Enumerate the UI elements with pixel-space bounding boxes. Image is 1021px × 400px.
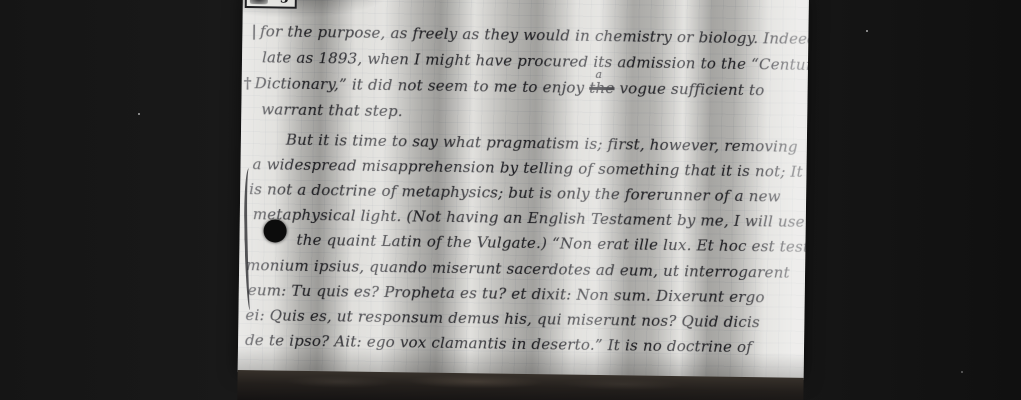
struck-word-edit: thea — [589, 79, 614, 97]
manuscript-line-2: late as 1893, when I might have procured… — [262, 48, 809, 74]
manuscript-page: |for the purpose, as freely as they woul… — [237, 0, 809, 400]
film-speck — [138, 113, 140, 115]
page-number: 5 — [280, 0, 289, 7]
margin-stroke: | — [251, 22, 257, 40]
manuscript-line-10: monium ipsius, quando miserunt sacerdote… — [246, 256, 790, 282]
label-smudge — [250, 0, 268, 4]
film-speck — [866, 30, 868, 32]
manuscript-line-3: †Dictionary,” it did not seem to me to e… — [244, 74, 765, 99]
manuscript-line-8: metaphysical light. (Not having an Engli… — [253, 205, 805, 231]
manuscript-line-7: is not a doctrine of metaphysics; but is… — [249, 180, 781, 205]
manuscript-line-13: de te ipso? Ait: ego vox clamantis in de… — [245, 331, 752, 356]
handwritten-text: |for the purpose, as freely as they woul… — [238, 0, 809, 380]
manuscript-line-5: But it is time to say what pragmatism is… — [286, 131, 798, 156]
manuscript-line-11: eum: Tu quis es? Propheta es tu? et dixi… — [248, 281, 765, 306]
manuscript-line-4: warrant that step. — [261, 100, 403, 120]
insertion-dagger-mark: † — [244, 74, 252, 92]
film-speck — [961, 371, 963, 373]
page-label: 5 — [245, 0, 297, 9]
manuscript-line-12: ei: Quis es, ut responsum demus his, qui… — [245, 306, 760, 331]
manuscript-line-1: |for the purpose, as freely as they woul… — [251, 22, 809, 48]
manuscript-line-9: the quaint Latin of the Vulgate.) “Non e… — [296, 231, 809, 256]
struck-word: the — [589, 79, 614, 97]
inserted-word: a — [595, 68, 602, 81]
manuscript-line-6: a widespread misapprehension by telling … — [252, 155, 803, 181]
microfilm-frame: |for the purpose, as freely as they woul… — [0, 0, 1021, 400]
paper-surface: |for the purpose, as freely as they woul… — [238, 0, 809, 380]
